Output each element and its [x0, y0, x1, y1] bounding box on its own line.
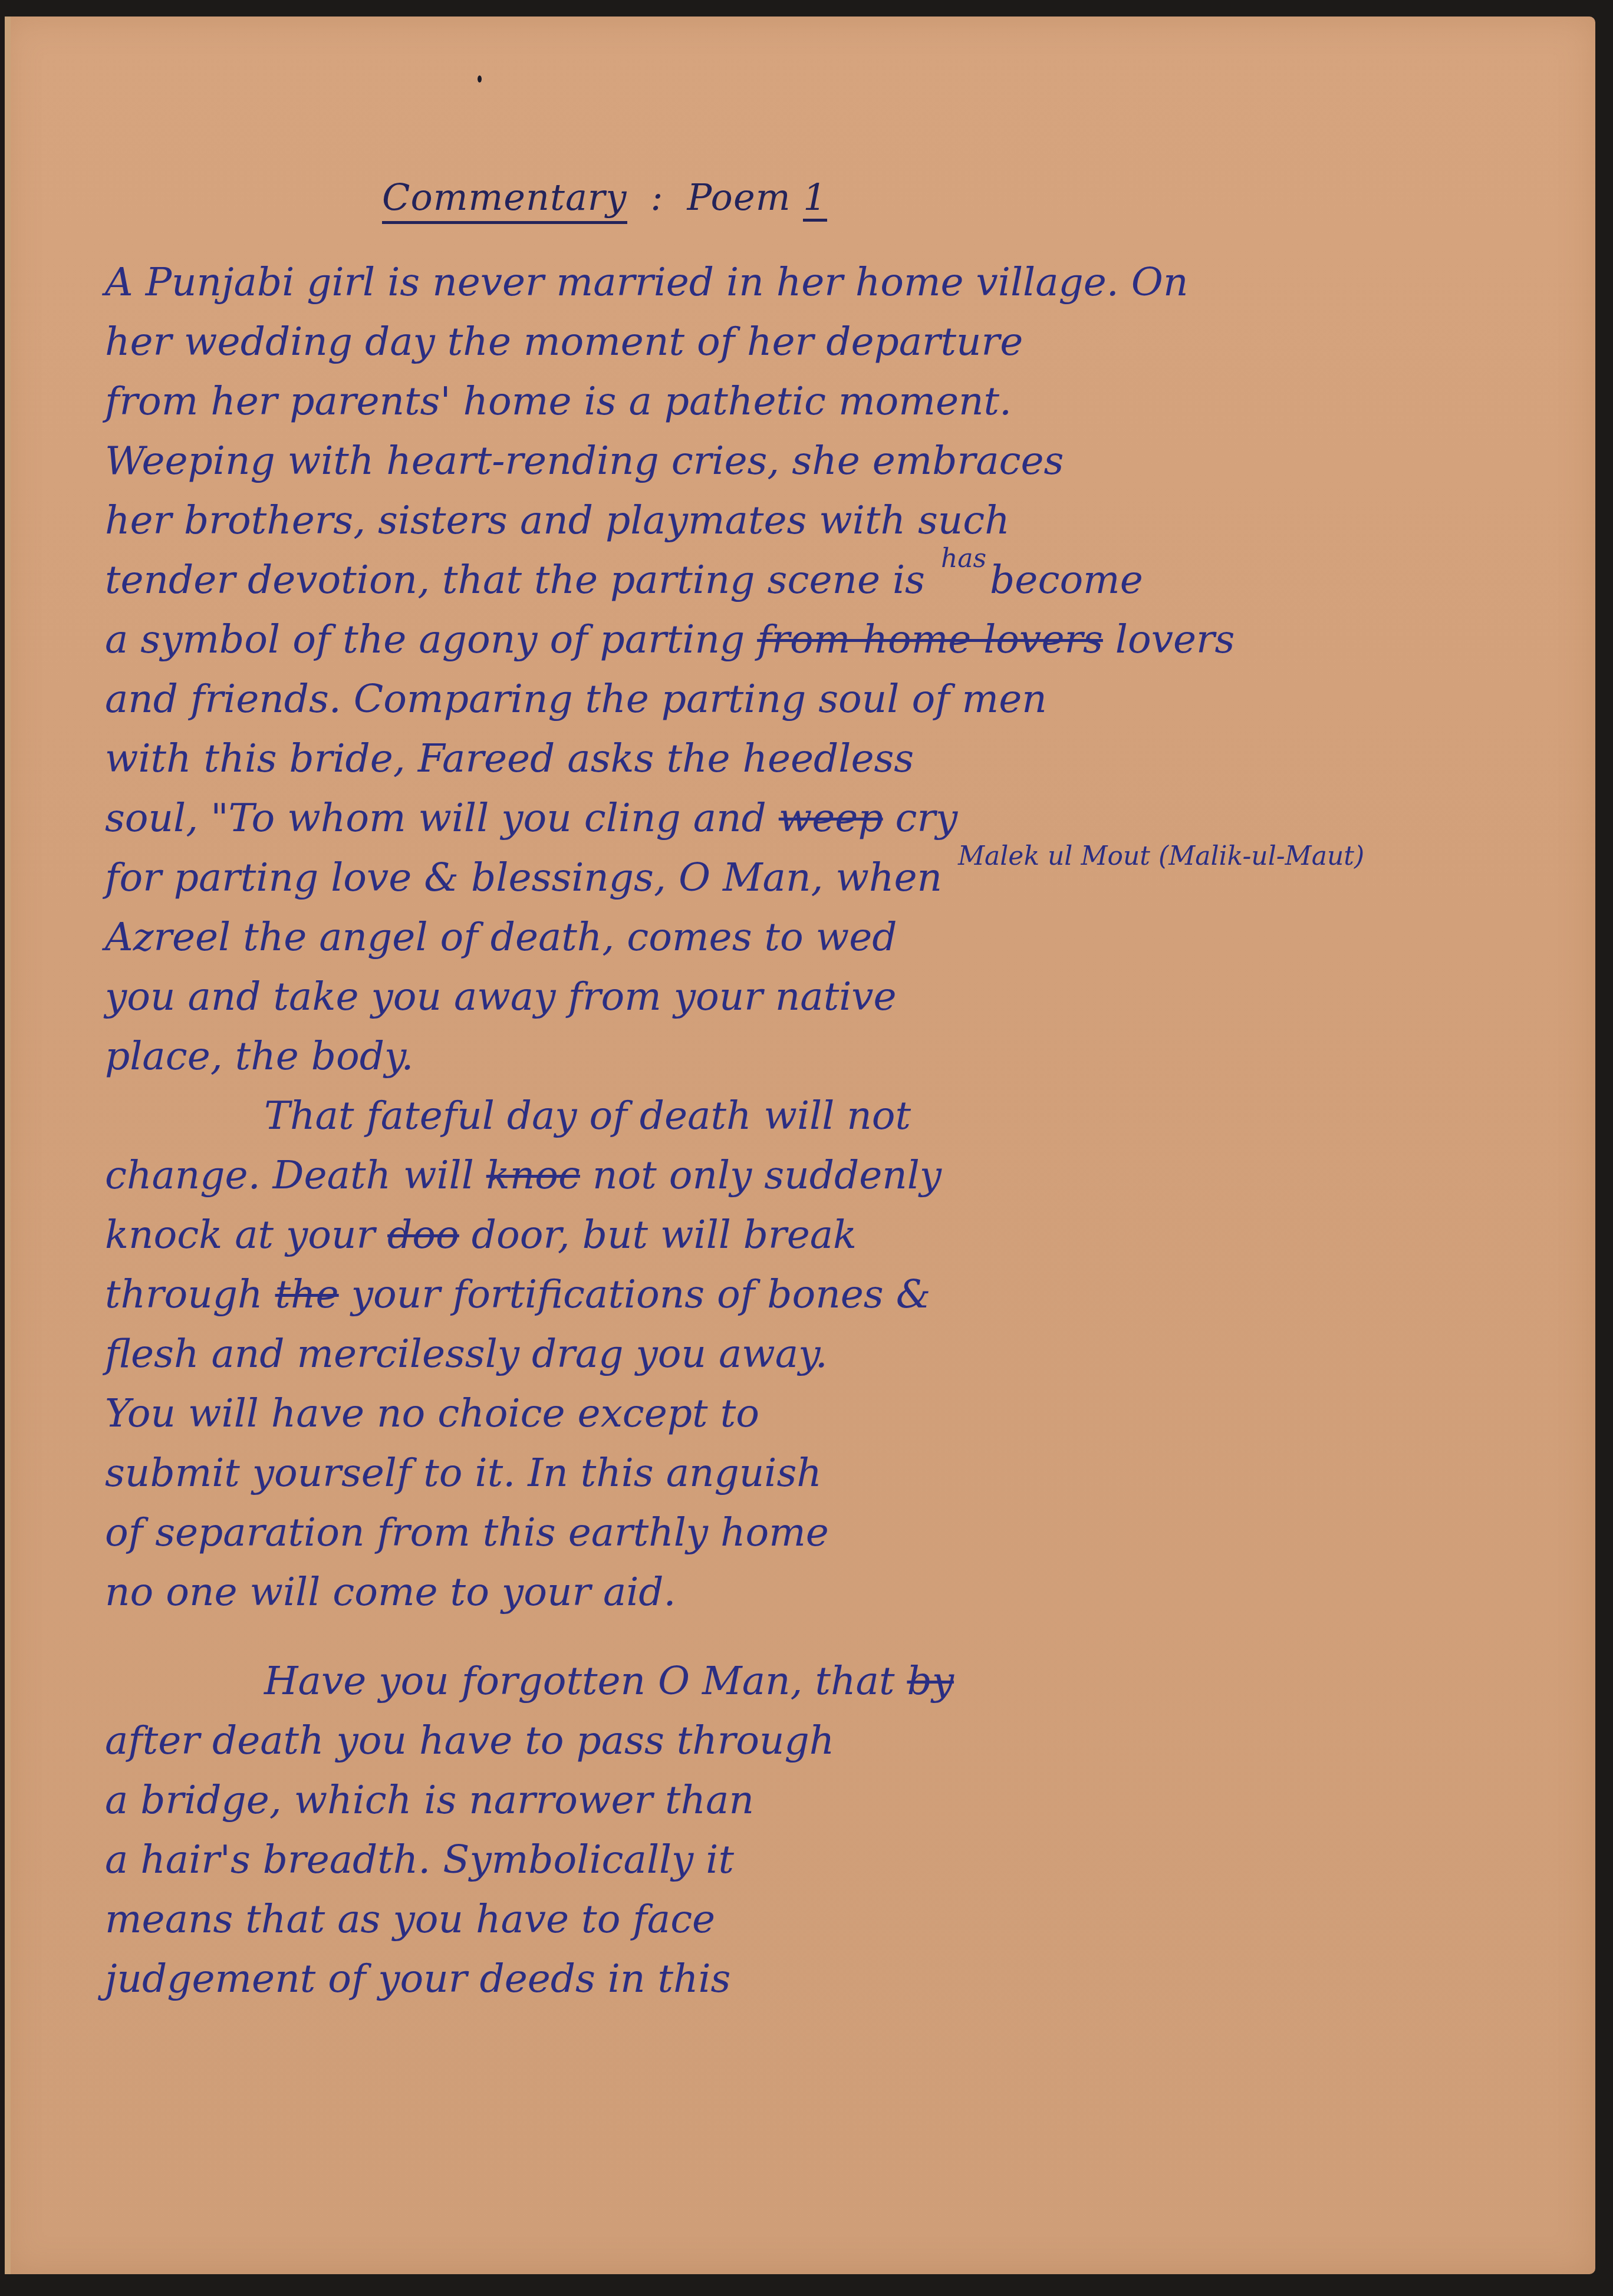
- line-text: you and take you away from your native: [105, 974, 897, 1019]
- text-line: from her parents' home is a pathetic mom…: [105, 371, 1479, 431]
- line-text: a bridge, which is narrower than: [105, 1777, 754, 1823]
- line-text: no one will come to your aid.: [105, 1569, 676, 1615]
- line-continuation: door, but will break: [472, 1212, 857, 1257]
- paragraph-gap: [105, 1622, 1479, 1651]
- text-line: change. Death will knoc not only suddenl…: [105, 1145, 1479, 1205]
- line-text: a symbol of the agony of parting: [105, 617, 757, 662]
- text-line: a symbol of the agony of parting from ho…: [105, 610, 1479, 669]
- line-text: A Punjabi girl is never married in her h…: [105, 259, 1188, 305]
- line-text: her wedding day the moment of her depart…: [105, 319, 1023, 364]
- text-line: judgement of your deeds in this: [105, 1949, 1479, 2008]
- text-line: tender devotion, that the parting scene …: [105, 550, 1479, 610]
- struck-text: by: [907, 1658, 954, 1704]
- line-text: place, the body.: [105, 1033, 414, 1079]
- struck-text: from home lovers: [757, 617, 1103, 662]
- line-text: with this bride, Fareed asks the heedles…: [105, 736, 914, 781]
- title-separator: :: [651, 176, 664, 219]
- text-line: submit yourself to it. In this anguish: [105, 1443, 1479, 1503]
- inserted-correction: Malek ul Mout (Malik-ul-Maut): [958, 841, 1364, 871]
- line-continuation: not only suddenly: [592, 1152, 942, 1198]
- title-poem-label: Poem: [687, 176, 791, 219]
- page-title: Commentary:Poem 1: [382, 176, 827, 219]
- line-text: her brothers, sisters and playmates with…: [105, 498, 1010, 543]
- text-line: through the your fortifications of bones…: [105, 1264, 1479, 1324]
- line-text: means that as you have to face: [105, 1896, 715, 1942]
- line-text: You will have no choice except to: [105, 1391, 759, 1436]
- ink-spot: [478, 75, 482, 83]
- line-text: That fateful day of death will not: [264, 1093, 911, 1138]
- text-line: a hair's breadth. Symbolically it: [105, 1830, 1479, 1889]
- text-line: you and take you away from your native: [105, 967, 1479, 1026]
- text-line: Azreel the angel of death, comes to wed: [105, 907, 1479, 967]
- text-line: Have you forgotten O Man, that by: [105, 1651, 1479, 1711]
- title-heading: Commentary: [382, 176, 627, 224]
- text-line: That fateful day of death will not: [105, 1086, 1479, 1145]
- line-continuation: wed: [816, 914, 897, 960]
- page-edge: [5, 17, 11, 2274]
- line-text: Weeping with heart-rending cries, she em…: [105, 438, 1064, 483]
- line-text: through: [105, 1271, 275, 1317]
- text-line: with this bride, Fareed asks the heedles…: [105, 729, 1479, 788]
- line-text: from her parents' home is a pathetic mom…: [105, 378, 1012, 424]
- text-line: of separation from this earthly home: [105, 1503, 1479, 1562]
- struck-text: knoc: [486, 1152, 580, 1198]
- line-continuation: your fortifications of bones &: [351, 1271, 931, 1317]
- line-text: change. Death will: [105, 1152, 486, 1198]
- line-text: a hair's breadth. Symbolically it: [105, 1837, 734, 1882]
- line-text: flesh and mercilessly drag you away.: [105, 1331, 828, 1376]
- line-text: Azreel the angel of death, comes to: [105, 914, 816, 960]
- text-line: her wedding day the moment of her depart…: [105, 312, 1479, 371]
- inserted-correction: has: [941, 543, 986, 574]
- line-text: soul, "To whom will you cling and: [105, 795, 779, 841]
- line-continuation: lovers: [1115, 617, 1235, 662]
- text-line: Weeping with heart-rending cries, she em…: [105, 431, 1479, 490]
- text-line: and friends. Comparing the parting soul …: [105, 669, 1479, 729]
- line-text: for parting love & blessings, O Man, whe…: [105, 855, 954, 900]
- line-text: tender devotion, that the parting scene …: [105, 557, 937, 602]
- title-poem-number: 1: [803, 176, 827, 222]
- text-line: flesh and mercilessly drag you away.: [105, 1324, 1479, 1383]
- line-text: Have you forgotten O Man, that: [264, 1658, 907, 1704]
- text-line: for parting love & blessings, O Man, whe…: [105, 848, 1479, 907]
- text-line: no one will come to your aid.: [105, 1562, 1479, 1622]
- line-text: knock at your: [105, 1212, 387, 1257]
- struck-text: doo: [387, 1212, 459, 1257]
- struck-text: the: [275, 1271, 339, 1317]
- text-line: You will have no choice except to: [105, 1383, 1479, 1443]
- handwritten-body: A Punjabi girl is never married in her h…: [105, 252, 1479, 2008]
- struck-text: weep: [779, 795, 883, 841]
- text-line: soul, "To whom will you cling and weep c…: [105, 788, 1479, 848]
- line-continuation: become: [990, 557, 1143, 602]
- text-line: her brothers, sisters and playmates with…: [105, 490, 1479, 550]
- line-text: after death you have to pass through: [105, 1718, 834, 1763]
- text-line: after death you have to pass through: [105, 1711, 1479, 1770]
- text-line: knock at your doo door, but will break: [105, 1205, 1479, 1264]
- line-text: judgement of your deeds in this: [105, 1956, 730, 2001]
- line-continuation: cry: [896, 795, 958, 841]
- text-line: a bridge, which is narrower than: [105, 1770, 1479, 1830]
- line-text: and friends. Comparing the parting soul …: [105, 676, 1047, 722]
- text-line: A Punjabi girl is never married in her h…: [105, 252, 1479, 312]
- notebook-page: Commentary:Poem 1 A Punjabi girl is neve…: [5, 17, 1595, 2274]
- text-line: place, the body.: [105, 1026, 1479, 1086]
- line-text: of separation from this earthly home: [105, 1510, 829, 1555]
- text-line: means that as you have to face: [105, 1889, 1479, 1949]
- line-text: submit yourself to it. In this anguish: [105, 1450, 822, 1495]
